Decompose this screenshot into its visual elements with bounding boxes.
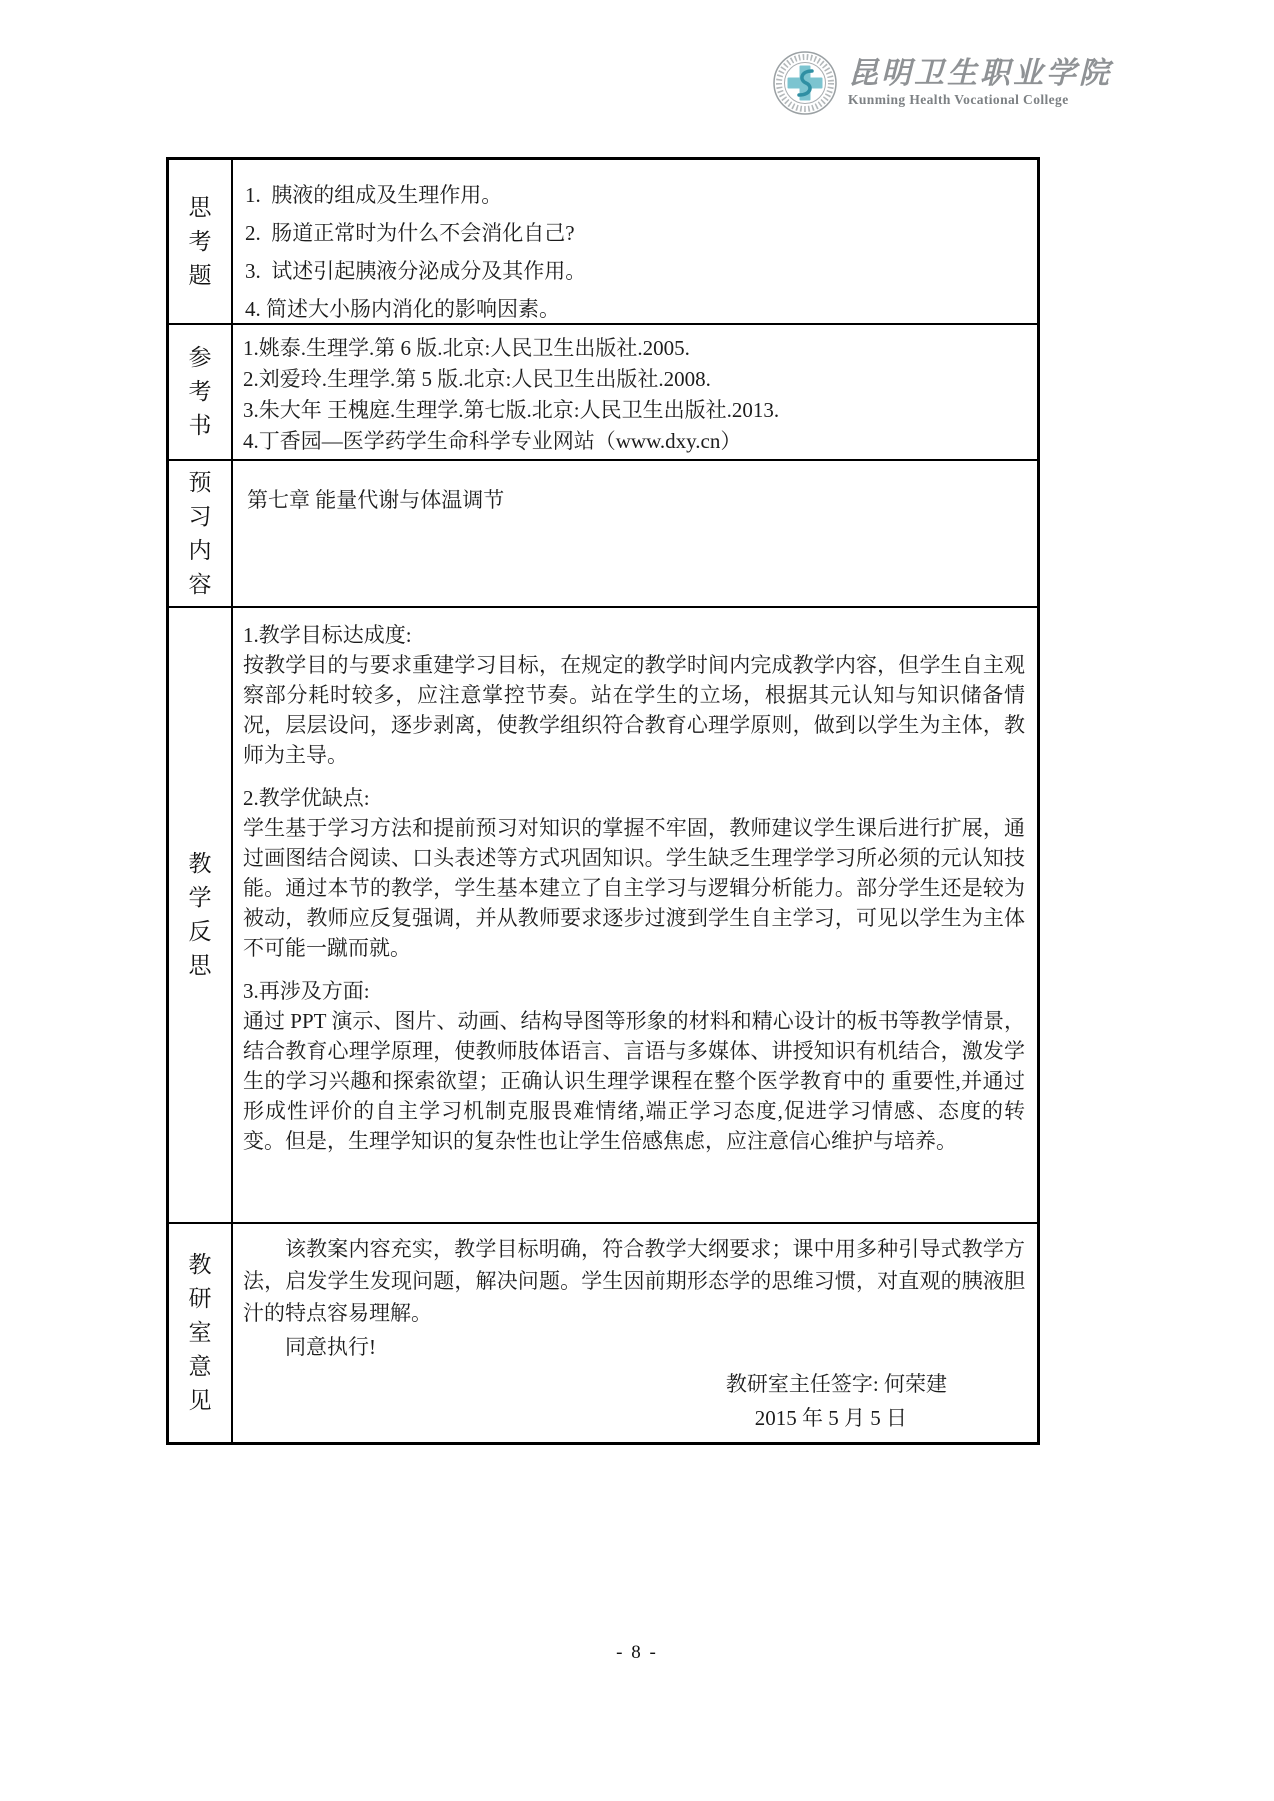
- office-director-signature: 教研室主任签字: 何荣建: [243, 1367, 1025, 1401]
- thinking-question-item: 2. 肠道正常时为什么不会消化自己?: [245, 214, 1027, 252]
- reference-item: 2.刘爱玲.生理学.第 5 版.北京:人民卫生出版社.2008.: [243, 364, 1027, 395]
- reflection-section-body: 学生基于学习方法和提前预习对知识的掌握不牢固，教师建议学生课后进行扩展，通过画图…: [243, 813, 1025, 963]
- reference-item: 4.丁香园—医学药学生命科学专业网站（www.dxy.cn）: [243, 426, 1027, 457]
- page-number: - 8 -: [0, 1642, 1274, 1664]
- reference-books-label: 参考书: [187, 341, 213, 443]
- office-opinion-date: 2015 年 5 月 5 日: [243, 1401, 1025, 1435]
- reflection-section-body: 按教学目的与要求重建学习目标，在规定的教学时间内完成教学内容，但学生自主观察部分…: [243, 650, 1025, 770]
- thinking-questions-content: 1. 胰液的组成及生理作用。 2. 肠道正常时为什么不会消化自己? 3. 试述引…: [233, 160, 1037, 323]
- office-opinion-label: 教研室意见: [187, 1248, 213, 1418]
- row-teaching-reflection: 教学反思 1.教学目标达成度: 按教学目的与要求重建学习目标，在规定的教学时间内…: [169, 608, 1037, 1224]
- teaching-reflection-label: 教学反思: [187, 847, 213, 983]
- reflection-section-body: 通过 PPT 演示、图片、动画、结构导图等形象的材料和精心设计的板书等教学情景，…: [243, 1006, 1025, 1156]
- reflection-section-heading: 2.教学优缺点:: [243, 783, 1025, 813]
- reflection-section-heading: 1.教学目标达成度:: [243, 620, 1025, 650]
- college-name-block: 昆明卫生职业学院 Kunming Health Vocational Colle…: [848, 57, 1112, 109]
- thinking-question-item: 1. 胰液的组成及生理作用。: [245, 176, 1027, 214]
- reflection-section-heading: 3.再涉及方面:: [243, 976, 1025, 1006]
- college-name-english: Kunming Health Vocational College: [848, 91, 1112, 109]
- office-opinion-approval: 同意执行!: [285, 1331, 1025, 1363]
- preview-chapter-text: 第七章 能量代谢与体温调节: [247, 485, 1027, 515]
- reference-item: 1.姚泰.生理学.第 6 版.北京:人民卫生出版社.2005.: [243, 333, 1027, 364]
- teaching-reflection-content: 1.教学目标达成度: 按教学目的与要求重建学习目标，在规定的教学时间内完成教学内…: [233, 608, 1037, 1222]
- row-office-opinion: 教研室意见 该教案内容充实，教学目标明确，符合教学大纲要求；课中用多种引导式教学…: [169, 1224, 1037, 1442]
- lesson-plan-document-page: 昆明卫生职业学院 Kunming Health Vocational Colle…: [0, 0, 1274, 1801]
- office-opinion-label-cell: 教研室意见: [169, 1224, 233, 1442]
- row-reference-books: 参考书 1.姚泰.生理学.第 6 版.北京:人民卫生出版社.2005. 2.刘爱…: [169, 325, 1037, 461]
- thinking-question-item: 4. 简述大小肠内消化的影响因素。: [245, 290, 1027, 323]
- lesson-plan-table: 思考题 1. 胰液的组成及生理作用。 2. 肠道正常时为什么不会消化自己? 3.…: [166, 157, 1040, 1445]
- preview-content-label-cell: 预习内容: [169, 461, 233, 606]
- college-header: 昆明卫生职业学院 Kunming Health Vocational Colle…: [772, 50, 1112, 116]
- office-opinion-body: 该教案内容充实，教学目标明确，符合教学大纲要求；课中用多种引导式教学方法，启发学…: [243, 1233, 1025, 1329]
- row-preview-content: 预习内容 第七章 能量代谢与体温调节: [169, 461, 1037, 608]
- reference-books-label-cell: 参考书: [169, 325, 233, 459]
- thinking-questions-label-cell: 思考题: [169, 160, 233, 323]
- college-name-chinese: 昆明卫生职业学院: [848, 57, 1112, 91]
- thinking-questions-label: 思考题: [187, 191, 213, 293]
- college-seal-icon: [772, 50, 838, 116]
- office-opinion-content: 该教案内容充实，教学目标明确，符合教学大纲要求；课中用多种引导式教学方法，启发学…: [233, 1224, 1037, 1442]
- preview-content: 第七章 能量代谢与体温调节: [233, 461, 1037, 606]
- thinking-question-item: 3. 试述引起胰液分泌成分及其作用。: [245, 252, 1027, 290]
- reference-item: 3.朱大年 王槐庭.生理学.第七版.北京:人民卫生出版社.2013.: [243, 395, 1027, 426]
- preview-content-label: 预习内容: [187, 466, 213, 602]
- teaching-reflection-label-cell: 教学反思: [169, 608, 233, 1222]
- row-thinking-questions: 思考题 1. 胰液的组成及生理作用。 2. 肠道正常时为什么不会消化自己? 3.…: [169, 160, 1037, 325]
- reference-books-content: 1.姚泰.生理学.第 6 版.北京:人民卫生出版社.2005. 2.刘爱玲.生理…: [233, 325, 1037, 459]
